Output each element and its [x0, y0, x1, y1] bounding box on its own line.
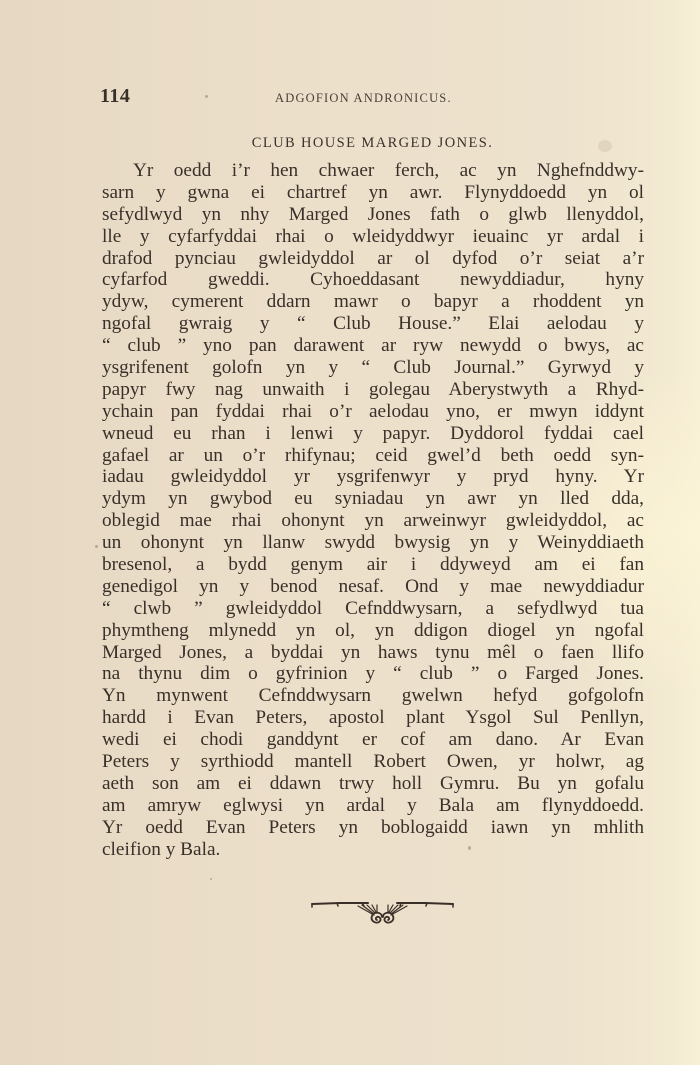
text-line: ysgrifenent golofn yn y “ Club Journal.”… [102, 357, 644, 379]
paper-speck [210, 878, 212, 880]
text-line: Yr oedd Evan Peters yn boblogaidd iawn y… [102, 817, 644, 839]
text-line: sarn y gwna ei chartref yn awr. Flynyddo… [102, 182, 644, 204]
text-line: genedigol yn y benod nesaf. Ond y mae ne… [102, 576, 644, 598]
section-title: CLUB HOUSE MARGED JONES. [100, 135, 645, 152]
text-line: wedi ei chodi ganddynt er cof am dano. A… [102, 729, 644, 751]
text-line: Marged Jones, a byddai yn haws tynu mêl … [102, 642, 644, 664]
text-line: “ club ” yno pan darawent ar ryw newydd … [102, 335, 644, 357]
paper-speck [95, 545, 98, 548]
text-line: phymtheng mlynedd yn ol, yn ddigon dioge… [102, 620, 644, 642]
text-line: “ clwb ” gwleidyddol Cefnddwysarn, a sef… [102, 598, 644, 620]
page-header: 114 ADGOFION ANDRONICUS. [100, 85, 645, 109]
text-line: Yn mynwent Cefnddwysarn gwelwn hefyd gof… [102, 685, 644, 707]
text-line: sefydlwyd yn nhy Marged Jones fath o glw… [102, 204, 644, 226]
text-line: na thynu dim o gyfrinion y “ club ” o Fa… [102, 663, 644, 685]
text-line: am amryw eglwysi yn ardal y Bala am flyn… [102, 795, 644, 817]
text-line: drafod pynciau gwleidyddol ar ol dyfod o… [102, 248, 644, 270]
text-line: lle y cyfarfyddai rhai o wleidyddwyr ieu… [102, 226, 644, 248]
running-title: ADGOFION ANDRONICUS. [275, 91, 452, 106]
text-line: un ohonynt yn llanw swydd bwysig yn y We… [102, 532, 644, 554]
paper-speck [468, 846, 471, 850]
text-line: Peters y syrthiodd mantell Robert Owen, … [102, 751, 644, 773]
book-page: 114 ADGOFION ANDRONICUS. CLUB HOUSE MARG… [0, 0, 700, 1065]
text-line: Yr oedd i’r hen chwaer ferch, ac yn Nghe… [102, 160, 644, 182]
scroll-flourish-icon [310, 895, 455, 927]
text-line: oblegid mae rhai ohonynt yn arweinwyr gw… [102, 510, 644, 532]
paper-speck [205, 95, 208, 98]
text-line: bresenol, a bydd genym air i ddyweyd am … [102, 554, 644, 576]
text-line: papyr fwy nag unwaith i golegau Aberystw… [102, 379, 644, 401]
text-line: ngofal gwraig y “ Club House.” Elai aelo… [102, 313, 644, 335]
text-line: aeth son am ei ddawn trwy holl Gymru. Bu… [102, 773, 644, 795]
paper-speck [598, 140, 612, 152]
page-number: 114 [100, 85, 130, 108]
body-paragraph: Yr oedd i’r hen chwaer ferch, ac yn Nghe… [102, 160, 644, 861]
text-line: ydyw, cymerent ddarn mawr o bapyr a rhod… [102, 291, 644, 313]
text-line: ydym yn gwybod eu syniadau yn awr yn lle… [102, 488, 644, 510]
text-line: cleifion y Bala. [102, 839, 644, 861]
text-line: hardd i Evan Peters, apostol plant Ysgol… [102, 707, 644, 729]
text-line: ychain pan fyddai rhai o’r aelodau yno, … [102, 401, 644, 423]
text-line: cyfarfod gweddi. Cyhoeddasant newyddiadu… [102, 269, 644, 291]
text-line: iadau gwleidyddol yr ysgrifenwyr y pryd … [102, 466, 644, 488]
text-line: gafael ar un o’r rhifynau; ceid gwel’d b… [102, 445, 644, 467]
text-line: wneud eu rhan i lenwi y papyr. Dyddorol … [102, 423, 644, 445]
